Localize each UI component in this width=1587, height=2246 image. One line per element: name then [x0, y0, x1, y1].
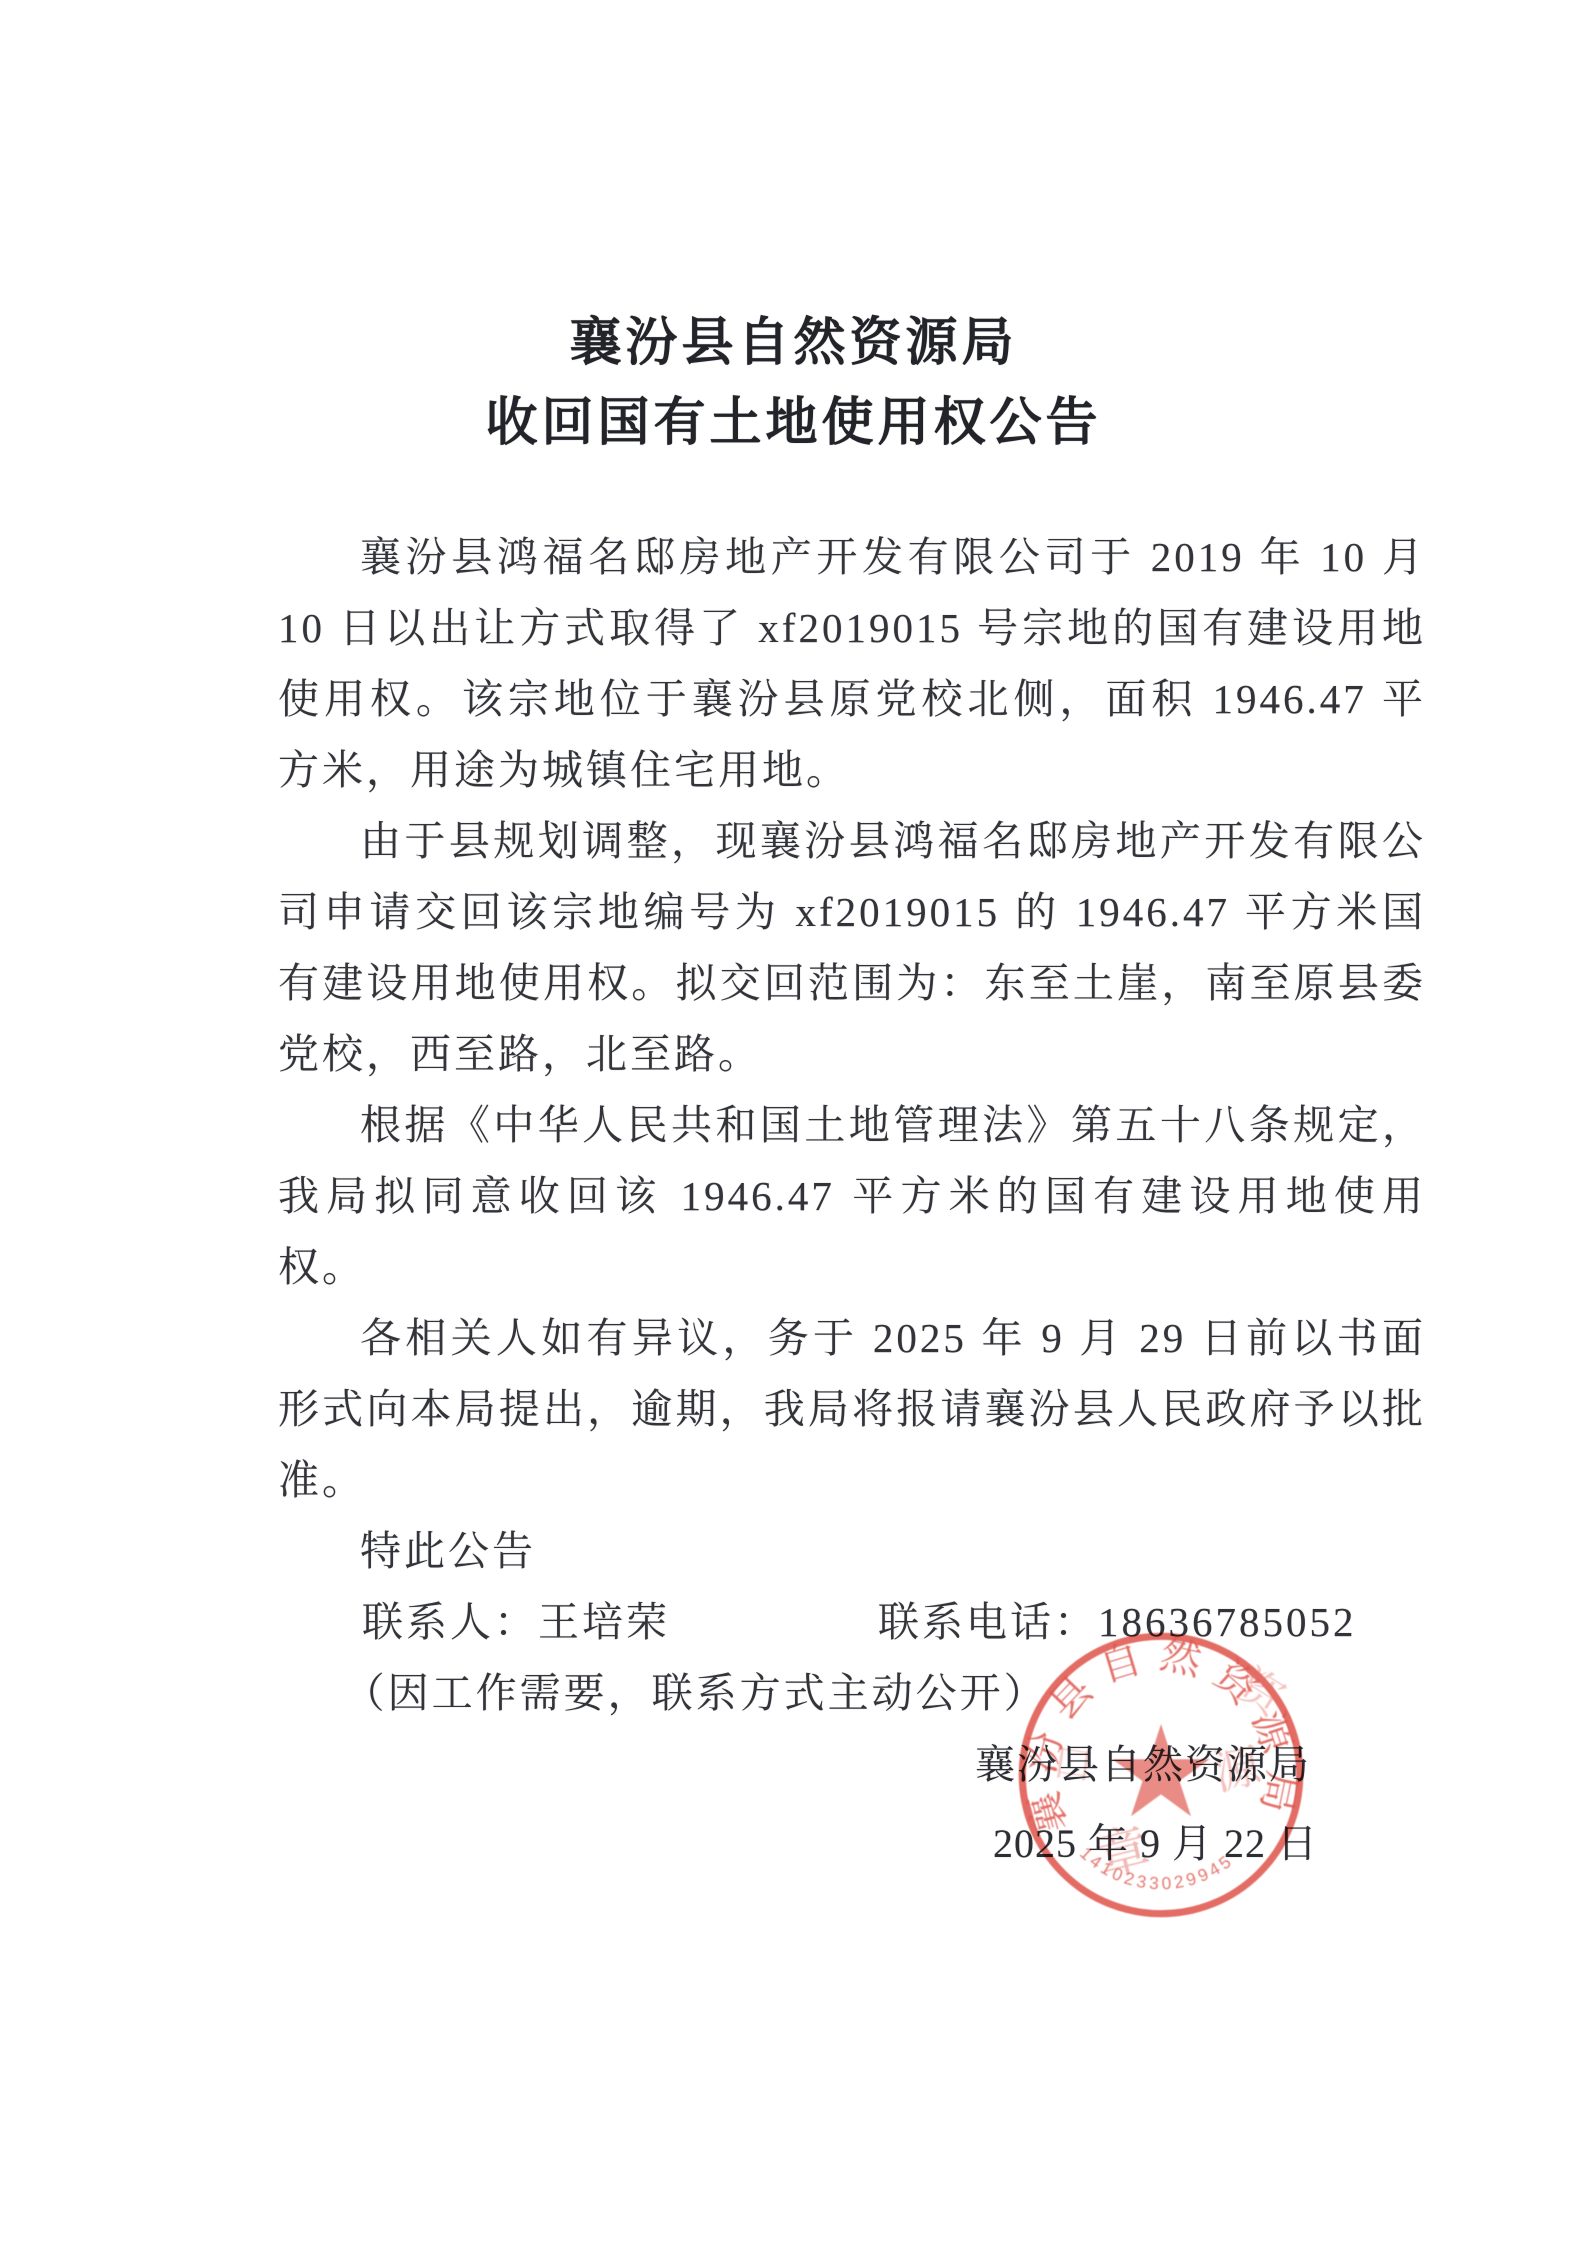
paragraph-land-acquisition: 襄汾县鸿福名邸房地产开发有限公司于 2019 年 10 月 10 日以出让方式取… [278, 522, 1426, 806]
document-title: 襄汾县自然资源局 收回国有土地使用权公告 [0, 303, 1587, 463]
seal-star-icon [1112, 1724, 1209, 1816]
paragraph-return-request: 由于县规划调整，现襄汾县鸿福名邸房地产开发有限公司申请交回该宗地编号为 xf20… [278, 806, 1426, 1090]
title-line-org: 襄汾县自然资源局 [0, 303, 1587, 383]
official-seal-stamp: 襄汾县自然资源局 1410233029945 资 源 口 章 [1008, 1622, 1314, 1928]
ghost-stamp-glyph: 章 [1090, 1819, 1156, 1889]
contact-person: 联系人：王培荣 [362, 1587, 670, 1658]
paragraph-objection-deadline: 各相关人如有异议，务于 2025 年 9 月 29 日前以书面形式向本局提出，逾… [278, 1303, 1426, 1516]
scanned-notice-page: 襄汾县自然资源局 收回国有土地使用权公告 襄汾县鸿福名邸房地产开发有限公司于 2… [0, 0, 1587, 2246]
paragraph-legal-basis: 根据《中华人民共和国土地管理法》第五十八条规定，我局拟同意收回该 1946.47… [278, 1090, 1426, 1303]
document-body: 襄汾县鸿福名邸房地产开发有限公司于 2019 年 10 月 10 日以出让方式取… [278, 522, 1426, 1729]
paragraph-hereby-announced: 特此公告 [278, 1516, 1426, 1587]
ghost-stamp-glyph: 口 [1050, 1739, 1097, 1789]
title-line-subject: 收回国有土地使用权公告 [0, 383, 1587, 463]
